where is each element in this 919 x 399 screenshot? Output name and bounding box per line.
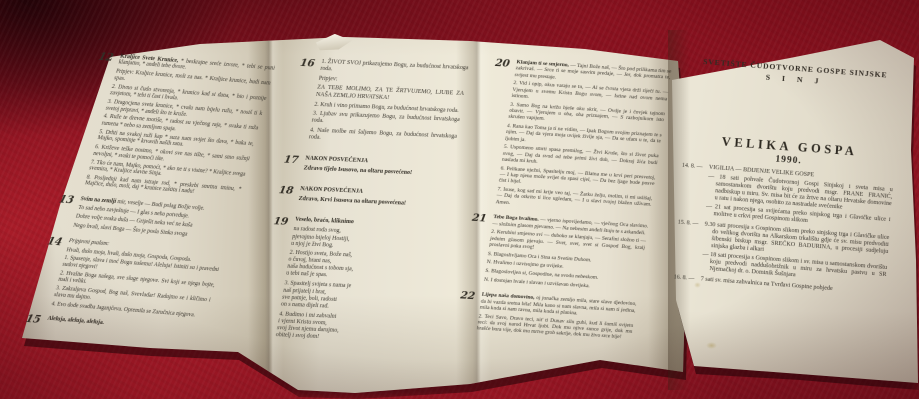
hymn-section: 12Kraljice Svete Krunice, * beskrajne sr… bbox=[62, 52, 275, 202]
hymn-lead: Veselo, braćo, kliknimo bbox=[295, 217, 355, 226]
photo-scene: 12Kraljice Svete Krunice, * beskrajne sr… bbox=[0, 0, 919, 399]
hymn-text: Veselo, braćo, kliknimona radost roda sv… bbox=[275, 217, 443, 348]
hymn-text: 1. ŽIVOT SVOJ prikazujemo Bogu, za buduć… bbox=[308, 59, 469, 150]
schedule-date: 15. 8. — bbox=[674, 219, 705, 274]
hymn-line: 3. Spasitelj svijeta s nama je naš prija… bbox=[280, 280, 432, 315]
hymn-section: 161. ŽIVOT SVOJ prikazujemo Bogu, za bud… bbox=[287, 58, 469, 150]
hymn-section: 21Tebe Boga hvalimo. — vjerno ispovijeda… bbox=[462, 213, 648, 294]
hymn-text: Klanjam ti se smjerno, — Tajni Bože naš,… bbox=[495, 59, 672, 217]
hymn-text: Pripjevni psalam:Hvali, dušo moja, hvali… bbox=[50, 238, 224, 322]
hymn-section: 17NAKON POSVEĆENJAZdravo tijelo Isusovo,… bbox=[282, 155, 453, 181]
hymn-lead: Pripjevni psalam: bbox=[68, 238, 110, 247]
hymn-lead: Svim na zemlji bbox=[80, 196, 117, 205]
hymn-text: Lijepa naša domovino, oj junačka zemljo … bbox=[476, 292, 637, 344]
hymn-section: 19Veselo, braćo, kliknimona radost roda … bbox=[254, 216, 443, 348]
hymn-section: 18NAKON POSVEĆENJAZdravo, Krvi Isusova n… bbox=[277, 185, 448, 211]
hymn-lead: Lijepa naša domovino, bbox=[481, 292, 535, 301]
hymn-section: 22Lijepa naša domovino, oj junačka zemlj… bbox=[455, 291, 637, 344]
hymn-section: 13Svim na zemlji mir, veselje — Budi pol… bbox=[51, 195, 236, 244]
hymn-text: NAKON POSVEĆENJAZdravo tijelo Isusovo, n… bbox=[303, 155, 453, 180]
hymn-lead: NAKON POSVEĆENJA bbox=[305, 155, 369, 164]
schedule-date: 16. 8. — bbox=[673, 275, 701, 286]
hymn-text: Svim na zemlji mir, veselje — Budi polag… bbox=[72, 196, 236, 243]
hymn-line: na radost roda svog, pjevajmo bijeloj Ho… bbox=[290, 226, 440, 254]
schedule-date: 14. 8. — bbox=[678, 163, 709, 220]
hymn-line: 4. Budimo i mi zahvalni i vjerni Kristu … bbox=[275, 311, 427, 346]
hymn-lead: Aleluja, aleluja, aleluja. bbox=[46, 316, 104, 326]
panel-program: SVETIŠTE ČUDOTVORNE GOSPE SINJSKE S I N … bbox=[665, 56, 901, 399]
hymn-text: NAKON POSVEĆENJAZdravo, Krvi Isusova na … bbox=[298, 186, 448, 211]
hymn-text: Tebe Boga hvalimo. — vjerno ispovijedamo… bbox=[483, 214, 648, 294]
hymn-text: Aleluja, aleluja, aleluja. bbox=[45, 316, 202, 338]
hymn-section: 14Pripjevni psalam:Hvali, dušo moja, hva… bbox=[29, 236, 224, 321]
schedule: 14. 8. —VIGILIJA — BDIJENJE VELIKE GOSPE… bbox=[673, 163, 893, 299]
hymn-line: 2. Hostijo sveta, Bože naš, o čuvaj, bra… bbox=[285, 250, 437, 285]
hymn-lead: NAKON POSVEĆENJA bbox=[300, 186, 364, 195]
hymn-section: 20Klanjam ti se smjerno, — Tajni Bože na… bbox=[474, 58, 672, 217]
hymn-lead: Tebe Boga hvalimo. bbox=[493, 214, 539, 223]
